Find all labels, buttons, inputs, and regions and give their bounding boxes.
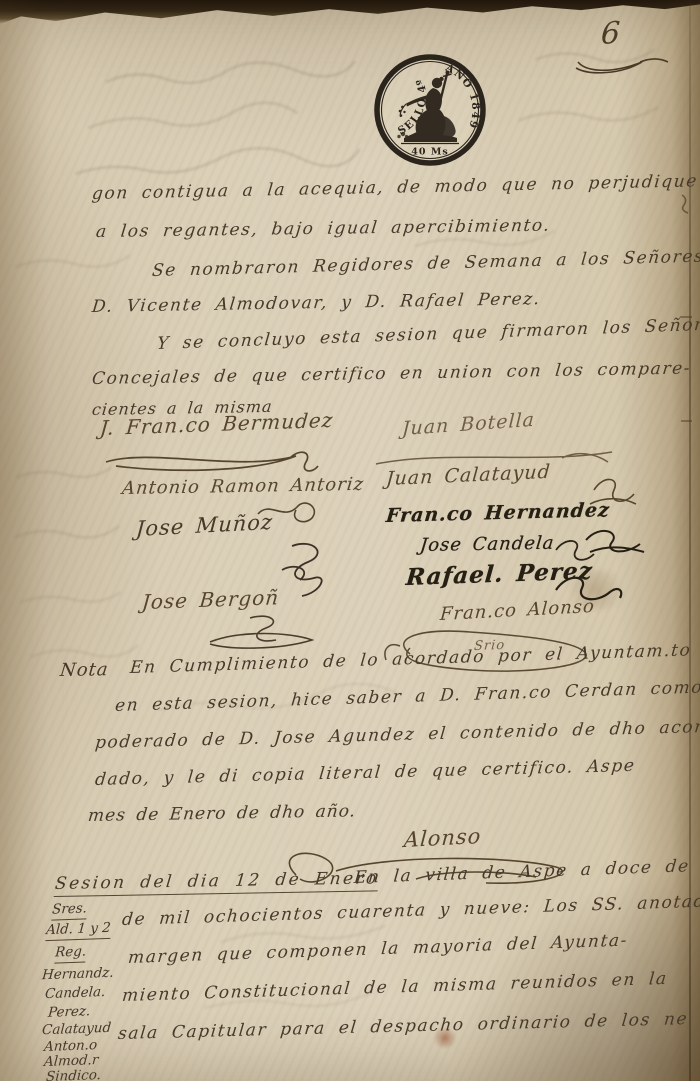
body-line: Concejales de que certifico en union con… (91, 361, 692, 388)
signature-alonso-councilman: Fran.co Alonso (439, 598, 595, 624)
body-line: a los regantes, bajo igual apercibimient… (95, 218, 551, 241)
nota-label: Nota (59, 661, 109, 680)
signature-antoriz: Antonio Ramon Antoriz (121, 476, 365, 498)
margin-note: Ald. 1 y 2 (45, 920, 111, 941)
session-line: miento Constitucional de la misma reunid… (121, 971, 668, 1005)
signature-bergon: Jose Bergoñ (141, 587, 280, 612)
body-line: Y se concluyo esta sesion que firmaron l… (156, 316, 700, 353)
session-heading: Sesion del dia 12 de Enero (54, 870, 379, 893)
margin-note: Hernandz. (41, 965, 114, 984)
page-number-digit: 6 (600, 16, 621, 53)
nota-line: dado, y le di copia literal de que certi… (94, 758, 636, 789)
body-line: D. Vicente Almodovar, y D. Rafael Perez. (91, 291, 542, 316)
signature-munoz: Jose Muñoz (135, 512, 273, 540)
margin-note: Calatayud (41, 1020, 111, 1038)
page-number-flourish (572, 48, 672, 78)
margin-note: Reg. (54, 943, 86, 963)
margin-note: Candela. (44, 984, 105, 1002)
session-line: de mil ochocientos cuarenta y nueve: Los… (121, 892, 700, 929)
nota-line: poderado de D. Jose Agundez el contenido… (94, 719, 700, 752)
torn-top-edge (0, 0, 700, 24)
signature-calatayud: Juan Calatayud (385, 463, 551, 489)
body-line: gon contigua a la acequia, de modo que n… (91, 173, 699, 203)
body-line: Se nombraron Regidores de Semana a los S… (151, 249, 700, 281)
session-line: sala Capitular para el despacho ordinari… (117, 1011, 689, 1043)
nota-line: en esta sesion, hice saber a D. Fran.co … (114, 678, 700, 715)
margin-note: Sindico. (45, 1067, 101, 1081)
revenue-stamp: SELLO 4º AÑO 1849 40 Ms (365, 45, 495, 175)
margin-note: Sres. (51, 900, 87, 920)
manuscript-page: 6 (0, 0, 700, 1081)
signature-hernandez: Fran.co Hernandez (385, 501, 611, 526)
signature-candela: Jose Candela (419, 535, 555, 555)
signature-botella: Juan Botella (401, 411, 535, 439)
margin-note: Perez. (47, 1003, 90, 1021)
signature-bergon-rubric (200, 612, 320, 652)
book-page-edge-line (689, 0, 691, 1081)
signature-bermudez: J. Fran.co Bermudez (99, 410, 334, 438)
page-number: 6 (600, 19, 621, 51)
stamp-denomination: 40 Ms (411, 147, 448, 158)
nota-line: mes de Enero de dho año. (87, 803, 357, 825)
session-line: margen que componen la mayoria del Ayunt… (127, 933, 628, 968)
